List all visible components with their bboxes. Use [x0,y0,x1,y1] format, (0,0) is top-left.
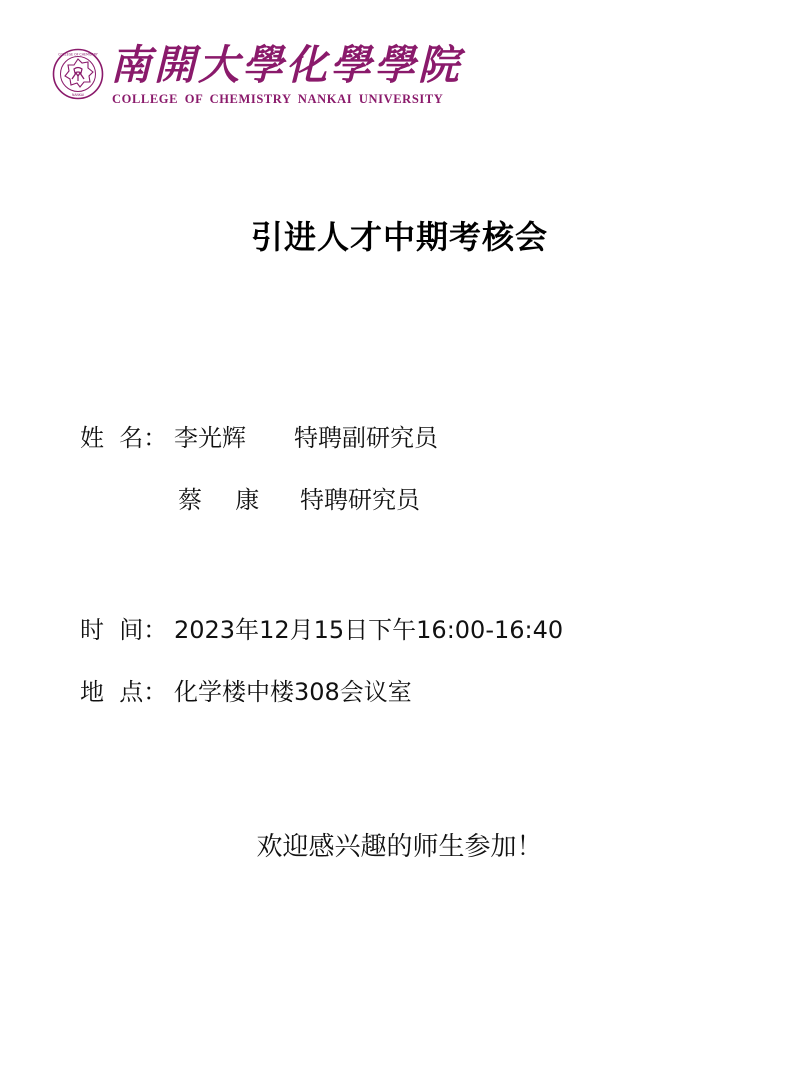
college-name-english: COLLEGE OF CHEMISTRY NANKAI UNIVERSITY [112,92,462,107]
location-value: 化学楼中楼308会议室 [174,678,412,706]
time-value: 2023年12月15日下午16:00-16:40 [174,616,563,644]
college-name-chinese: 南開大學化學學院 [110,40,462,90]
page-title: 引进人才中期考核会 [0,212,799,258]
location-label: 地 点： [80,677,174,707]
person-position: 特聘副研究员 [294,424,438,452]
name-label: 姓 名： [80,423,174,453]
name-row-1: 姓 名：李光辉特聘副研究员 [80,423,438,453]
svg-text:NANKAI: NANKAI [72,93,84,97]
closing-invitation: 欢迎感兴趣的师生参加！ [0,826,799,863]
nankai-university-seal-icon: COLLEGE OF CHEMISTRY NANKAI [52,48,104,100]
name-row-2: 蔡 康特聘研究员 [178,485,420,515]
college-brand: 南開大學化學學院 COLLEGE OF CHEMISTRY NANKAI UNI… [110,40,462,107]
time-label: 时 间： [80,615,174,645]
person-position: 特聘研究员 [300,486,420,514]
location-row: 地 点：化学楼中楼308会议室 [80,677,412,707]
time-row: 时 间：2023年12月15日下午16:00-16:40 [80,615,563,645]
svg-text:COLLEGE OF CHEMISTRY: COLLEGE OF CHEMISTRY [58,52,97,56]
person-name: 蔡 康 [178,485,300,515]
person-name: 李光辉 [174,423,294,453]
college-header: COLLEGE OF CHEMISTRY NANKAI 南開大學化學學院 COL… [52,40,462,107]
